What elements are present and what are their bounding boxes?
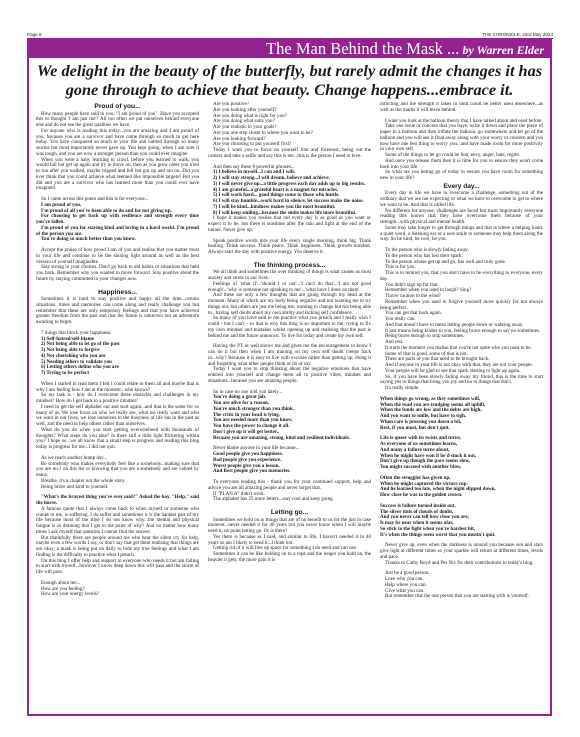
paragraph: How many people have said to you: "I am … — [36, 112, 199, 129]
paragraph: But thankfully there are people around m… — [36, 536, 199, 559]
page-number: Page 8 — [27, 32, 42, 37]
section-heading: Letting go... — [208, 509, 371, 517]
paragraph: Today I want you to focus on yourself fi… — [208, 148, 371, 160]
poem-stanza-2: Life is queer with its twists and turns,… — [380, 436, 543, 471]
paragraph: Sometimes it is hard to stay positive an… — [36, 297, 199, 326]
paragraph: Never give up, even when the darkness is… — [380, 543, 543, 560]
paragraph: Thanks to Cathy Boyd and Pes Nic for the… — [380, 561, 543, 567]
paragraph: So many of you have said to me practice … — [208, 316, 371, 339]
article-subhead: We delight in the beauty of the butterfl… — [33, 61, 546, 99]
paragraph: Take one issue or concern that you have,… — [380, 124, 543, 153]
paragraph: Accept the praise of how proud I am of y… — [36, 248, 199, 265]
paragraph: inflicting and the strength it takes to … — [380, 102, 543, 114]
paragraph: I need to get the self alphabet out and … — [36, 405, 199, 428]
paragraph: Having the PT as well shows me and gives… — [208, 344, 371, 367]
poem-stanza-3: Often the struggler has given up, When h… — [380, 476, 543, 499]
article-columns: Proud of you... How many people have sai… — [36, 102, 543, 710]
column-3: inflicting and the strength it takes to … — [380, 102, 543, 710]
article-frame: The Man Behind the Mask ...by Warren Eld… — [27, 38, 552, 716]
byline: by Warren Elder — [462, 43, 544, 57]
column-2: Are you positive? Are you looking after … — [208, 102, 371, 710]
paragraph: I hope it makes you realise that not eve… — [208, 216, 371, 233]
happiness-list: 7 things that block your happiness: 1) S… — [36, 331, 199, 377]
paragraph: Sometimes it can be like holding on to a… — [208, 552, 371, 564]
paragraph: So what are you letting go of today to e… — [380, 170, 543, 182]
article-title: The Man Behind the Mask ... — [266, 39, 459, 58]
paragraph: Stay strong in your choices. Don't go ba… — [36, 265, 199, 282]
article-banner: The Man Behind the Mask ...by Warren Eld… — [29, 40, 550, 58]
affirmation: Because you are amazing, strong, kind an… — [208, 436, 371, 442]
poem-stanza-4: Success is failure turned inside out, Th… — [380, 504, 543, 539]
column-1: Proud of you... How many people have sai… — [36, 102, 199, 710]
paragraph: A famous quote that I always come back t… — [36, 507, 199, 536]
publication-date: THE CHRONICLE, 23rd May 2024 — [482, 32, 553, 37]
paragraph: When you were a baby learning to crawl, … — [36, 158, 199, 193]
paragraph: Speak positive words into your life ever… — [208, 239, 371, 256]
section-heading: Happiness... — [36, 289, 199, 297]
paragraph: Today I want you to stop thinking about … — [208, 367, 371, 384]
paragraph: To everyone reading this - thank you for… — [208, 480, 371, 492]
paragraph: Be somebody who makes everybody feel lik… — [36, 462, 199, 479]
poem-stanza-1: When things go wrong, as they sometimes … — [380, 397, 543, 432]
paragraph: Every day in life we have to overcome a … — [380, 191, 543, 208]
line: This is to remind you, that you don't ha… — [380, 271, 543, 283]
paragraph: Some may take longer to get through thin… — [380, 226, 543, 243]
paragraph: Sometimes we hold on to things that are … — [208, 518, 371, 535]
paragraph: No different for anyone, challenges are … — [380, 209, 543, 226]
paragraph: For anyone who is reading this today...y… — [36, 129, 199, 158]
paragraph: On this blog I offer help and support to… — [36, 559, 199, 576]
paragraph: What do you do when you start getting ov… — [36, 428, 199, 451]
closing-line: But remember that the one person that yo… — [380, 594, 543, 600]
section-heading: Proud of you... — [36, 103, 199, 111]
paragraph: And these are only a few thoughts that a… — [208, 293, 371, 316]
paragraph: How are your energy levels? — [36, 592, 199, 598]
